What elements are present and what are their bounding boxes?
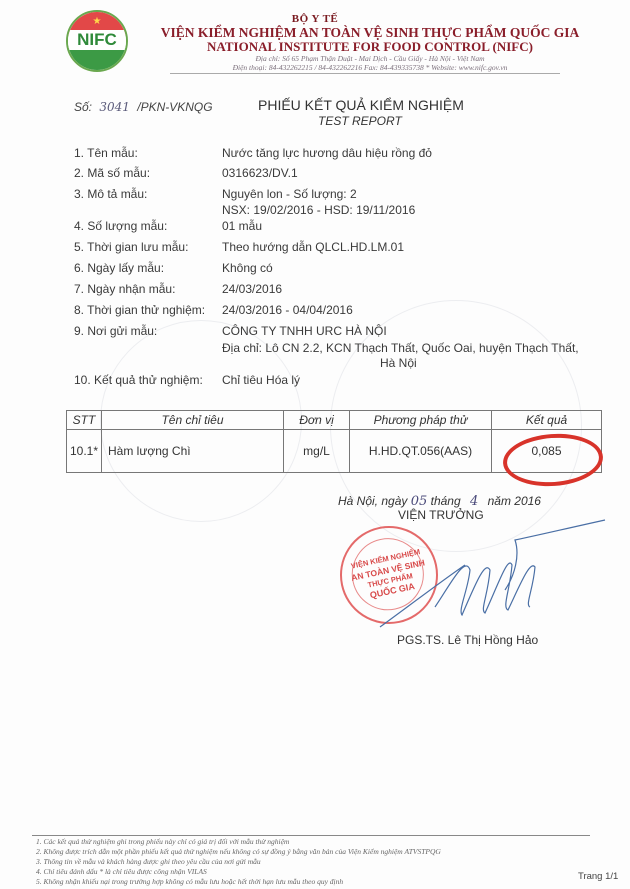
signer-name: PGS.TS. Lê Thị Hồng Hảo <box>397 633 538 647</box>
field-value: Nguyên lon - Số lượng: 2 <box>222 187 357 201</box>
footer-note: 3. Thông tin về mẫu và khách hàng được g… <box>36 857 261 866</box>
footer-note: 5. Không nhận khiếu nại trong trường hợp… <box>36 877 343 886</box>
col-name: Tên chỉ tiêu <box>102 411 284 430</box>
cell-name: Hàm lượng Chì <box>102 430 284 473</box>
report-number-suffix: /PKN-VKNQG <box>137 100 212 114</box>
ministry-name: BỘ Y TẾ <box>0 13 630 25</box>
field-value: Chỉ tiêu Hóa lý <box>222 373 300 387</box>
institute-contact: Điện thoại: 84-432262215 / 84-432262216 … <box>120 63 620 72</box>
col-stt: STT <box>67 411 102 430</box>
footer-note: 4. Chỉ tiêu đánh dấu * là chỉ tiêu được … <box>36 867 207 876</box>
institute-address: Địa chỉ: Số 65 Phạm Thận Duật - Mai Dịch… <box>120 54 620 63</box>
field-label: 5. Thời gian lưu mẫu: <box>74 240 188 254</box>
field-value: 24/03/2016 <box>222 282 282 296</box>
signing-date: Hà Nội, ngày 05 tháng 4 năm 2016 <box>338 494 541 509</box>
field-label: 1. Tên mẫu: <box>74 146 138 160</box>
institute-name-en: NATIONAL INSTITUTE FOR FOOD CONTROL (NIF… <box>120 39 620 55</box>
field-value: 24/03/2016 - 04/04/2016 <box>222 303 353 317</box>
field-value: Không có <box>222 261 273 275</box>
field-value: 01 mẫu <box>222 219 262 233</box>
field-value: CÔNG TY TNHH URC HÀ NỘI <box>222 324 387 338</box>
field-label: 6. Ngày lấy mẫu: <box>74 261 164 275</box>
table-header-row: STT Tên chỉ tiêu Đơn vị Phương pháp thử … <box>67 411 602 430</box>
footer-note: 1. Các kết quả thử nghiệm ghi trong phiế… <box>36 837 289 846</box>
col-unit: Đơn vị <box>284 411 350 430</box>
field-label: 9. Nơi gửi mẫu: <box>74 324 157 338</box>
field-value: Địa chỉ: Lô CN 2.2, KCN Thạch Thất, Quốc… <box>222 341 579 355</box>
report-number: Số: 3041 /PKN-VKNQG <box>74 100 213 114</box>
field-label: 2. Mã số mẫu: <box>74 166 150 180</box>
date-month: 4 <box>470 494 478 509</box>
cell-stt: 10.1* <box>67 430 102 473</box>
field-label: 3. Mô tả mẫu: <box>74 187 147 201</box>
field-label: 8. Thời gian thử nghiệm: <box>74 303 205 317</box>
cell-unit: mg/L <box>284 430 350 473</box>
date-year: năm 2016 <box>488 494 541 508</box>
report-title: PHIẾU KẾT QUẢ KIỂM NGHIỆM <box>258 97 464 113</box>
field-label: 4. Số lượng mẫu: <box>74 219 167 233</box>
field-value: Nước tăng lực hương dâu hiệu rồng đỏ <box>222 146 432 160</box>
footer-note: 2. Không được trích dẫn một phần phiếu k… <box>36 847 441 856</box>
field-value: 0316623/DV.1 <box>222 166 298 180</box>
footer-divider <box>32 835 590 836</box>
cell-method: H.HD.QT.056(AAS) <box>350 430 492 473</box>
date-day: 05 <box>411 494 428 509</box>
logo-text: NIFC <box>68 30 126 50</box>
handwritten-signature <box>340 515 620 630</box>
report-number-value: 3041 <box>99 100 130 114</box>
header-divider <box>170 73 560 74</box>
report-subtitle: TEST REPORT <box>318 114 402 128</box>
field-value: NSX: 19/02/2016 - HSD: 19/11/2016 <box>222 203 415 217</box>
field-value: Theo hướng dẫn QLCL.HD.LM.01 <box>222 240 404 254</box>
page-number: Trang 1/1 <box>578 871 618 882</box>
col-result: Kết quả <box>492 411 602 430</box>
field-label: 7. Ngày nhận mẫu: <box>74 282 175 296</box>
field-label: 10. Kết quả thử nghiệm: <box>74 373 203 387</box>
date-prefix: Hà Nội, ngày <box>338 494 407 508</box>
col-method: Phương pháp thử <box>350 411 492 430</box>
report-number-label: Số: <box>74 100 92 114</box>
date-month-label: tháng <box>431 494 461 508</box>
field-value: Hà Nội <box>380 356 417 370</box>
